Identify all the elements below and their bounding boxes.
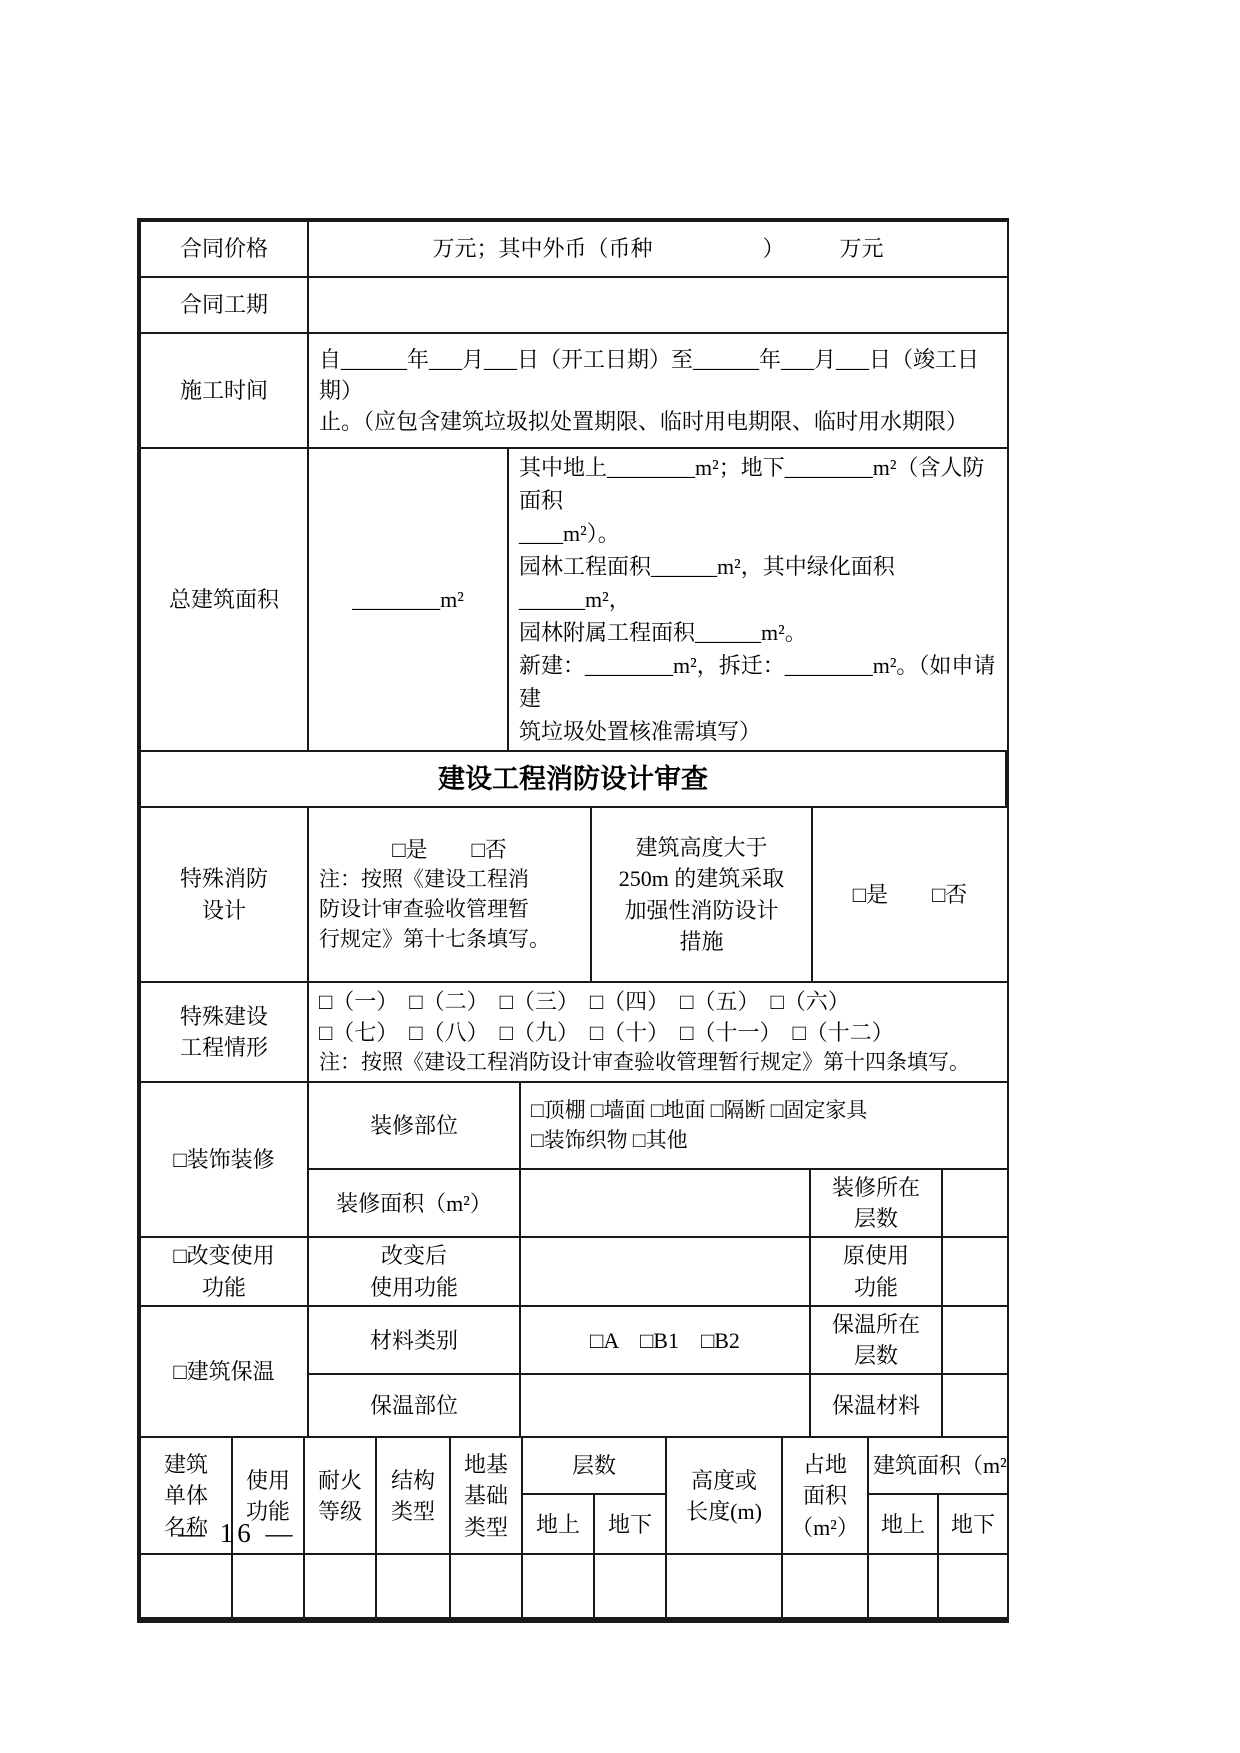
insulation-material-class-label: 材料类别: [308, 1306, 520, 1374]
insulation-material-class-options: □A □B1 □B2: [520, 1306, 810, 1374]
insulation-floors-label: 保温所在层数: [810, 1306, 942, 1374]
table-row: 建设工程消防设计审查: [140, 751, 1006, 807]
table-row: 合同价格 万元；其中外币（币种 ） 万元: [140, 221, 1008, 277]
contract-section-table: 合同价格 万元；其中外币（币种 ） 万元 合同工期 施工时间 自______年_…: [139, 220, 1009, 752]
empty-cell: [522, 1554, 594, 1618]
empty-cell: [868, 1554, 938, 1618]
header-floors-above: 地上: [522, 1494, 594, 1554]
header-area-above: 地上: [868, 1494, 938, 1554]
special-fire-design-yes-no: □是 □否: [319, 834, 580, 865]
decoration-checkbox-label: □装饰装修: [140, 1082, 308, 1237]
page-number: — 16 —: [178, 1518, 297, 1549]
insulation-material-name-label: 保温材料: [810, 1374, 942, 1437]
insulation-part-label: 保温部位: [308, 1374, 520, 1437]
decoration-insulation-table: □装饰装修 装修部位 □顶棚 □墙面 □地面 □隔断 □固定家具□装饰织物 □其…: [139, 1081, 1009, 1438]
empty-cell: [304, 1554, 376, 1618]
decoration-area-value-cell: [520, 1169, 810, 1237]
header-floors-below: 地下: [594, 1494, 666, 1554]
empty-cell: [938, 1554, 1008, 1618]
special-project-table: 特殊建设工程情形 □（一） □（二） □（三） □（四） □（五） □（六）□（…: [139, 981, 1009, 1083]
table-row: [140, 1554, 1008, 1618]
special-fire-design-note: 注：按照《建设工程消防设计审查验收管理暂行规定》第十七条填写。: [319, 865, 580, 954]
insulation-checkbox-label: □建筑保温: [140, 1306, 308, 1437]
changed-function-label: 改变后使用功能: [308, 1237, 520, 1305]
special-project-note: 注：按照《建设工程消防设计审查验收管理暂行规定》第十四条填写。: [319, 1048, 997, 1078]
total-floor-area-label: 总建筑面积: [140, 448, 308, 751]
table-row: 总建筑面积 ________m² 其中地上________m²；地下______…: [140, 448, 1008, 751]
contract-duration-label: 合同工期: [140, 277, 308, 333]
empty-cell: [782, 1554, 868, 1618]
table-row: 施工时间 自______年___月___日（开工日期）至______年___月_…: [140, 333, 1008, 448]
contract-price-label: 合同价格: [140, 221, 308, 277]
total-floor-area-detail-cell: 其中地上________m²；地下________m²（含人防面积____m²）…: [508, 448, 1008, 751]
empty-cell: [376, 1554, 450, 1618]
insulation-floors-value-cell: [942, 1306, 1008, 1374]
change-function-checkbox-label: □改变使用功能: [140, 1237, 308, 1305]
empty-cell: [232, 1554, 304, 1618]
total-floor-area-value-cell: ________m²: [308, 448, 508, 751]
tall-building-measures-label: 建筑高度大于250m 的建筑采取加强性消防设计措施: [591, 807, 812, 982]
contract-duration-value-cell: [308, 277, 1008, 333]
table-row: □装饰装修 装修部位 □顶棚 □墙面 □地面 □隔断 □固定家具□装饰织物 □其…: [140, 1082, 1008, 1169]
special-project-options-cell: □（一） □（二） □（三） □（四） □（五） □（六）□（七） □（八） □…: [308, 982, 1008, 1082]
table-row: □建筑保温 材料类别 □A □B1 □B2 保温所在层数: [140, 1306, 1008, 1374]
contract-price-value-cell: 万元；其中外币（币种 ） 万元: [308, 221, 1008, 277]
header-floors: 层数: [522, 1437, 666, 1494]
header-building-area: 建筑面积（m²）: [868, 1437, 1008, 1494]
header-footprint-area: 占地面积（m²）: [782, 1437, 868, 1554]
fire-review-section-title: 建设工程消防设计审查: [140, 751, 1006, 807]
header-height-or-length: 高度或长度(m): [666, 1437, 782, 1554]
original-function-value-cell: [942, 1237, 1008, 1305]
insulation-material-name-value-cell: [942, 1374, 1008, 1437]
special-fire-design-options-cell: □是 □否 注：按照《建设工程消防设计审查验收管理暂行规定》第十七条填写。: [308, 807, 591, 982]
header-structure-type: 结构类型: [376, 1437, 450, 1554]
header-area-below: 地下: [938, 1494, 1008, 1554]
table-row: □改变使用功能 改变后使用功能 原使用功能: [140, 1237, 1008, 1305]
decoration-part-label: 装修部位: [308, 1082, 520, 1169]
header-fire-rating: 耐火等级: [304, 1437, 376, 1554]
fire-review-title-table: 建设工程消防设计审查: [139, 750, 1007, 808]
empty-cell: [140, 1554, 232, 1618]
construction-time-label: 施工时间: [140, 333, 308, 448]
construction-time-value-cell: 自______年___月___日（开工日期）至______年___月___日（竣…: [308, 333, 1008, 448]
insulation-part-value-cell: [520, 1374, 810, 1437]
decoration-part-options: □顶棚 □墙面 □地面 □隔断 □固定家具□装饰织物 □其他: [520, 1082, 1008, 1169]
decoration-area-label: 装修面积（m²）: [308, 1169, 520, 1237]
special-fire-design-label: 特殊消防设计: [140, 807, 308, 982]
special-fire-design-table: 特殊消防设计 □是 □否 注：按照《建设工程消防设计审查验收管理暂行规定》第十七…: [139, 806, 1009, 983]
changed-function-value-cell: [520, 1237, 810, 1305]
application-form-table: 合同价格 万元；其中外币（币种 ） 万元 合同工期 施工时间 自______年_…: [137, 218, 1009, 1623]
table-row: 建筑单体名称 使用功能 耐火等级 结构类型 地基基础类型 层数 高度或长度(m)…: [140, 1437, 1008, 1494]
table-row: 特殊建设工程情形 □（一） □（二） □（三） □（四） □（五） □（六）□（…: [140, 982, 1008, 1082]
tall-building-yes-no: □是 □否: [812, 807, 1008, 982]
table-row: 特殊消防设计 □是 □否 注：按照《建设工程消防设计审查验收管理暂行规定》第十七…: [140, 807, 1008, 982]
header-foundation-type: 地基基础类型: [450, 1437, 522, 1554]
decoration-floors-label: 装修所在层数: [810, 1169, 942, 1237]
empty-cell: [666, 1554, 782, 1618]
empty-cell: [594, 1554, 666, 1618]
special-project-label: 特殊建设工程情形: [140, 982, 308, 1082]
table-row: 合同工期: [140, 277, 1008, 333]
original-function-label: 原使用功能: [810, 1237, 942, 1305]
decoration-floors-value-cell: [942, 1169, 1008, 1237]
empty-cell: [450, 1554, 522, 1618]
special-project-checkboxes: □（一） □（二） □（三） □（四） □（五） □（六）□（七） □（八） □…: [319, 986, 997, 1048]
